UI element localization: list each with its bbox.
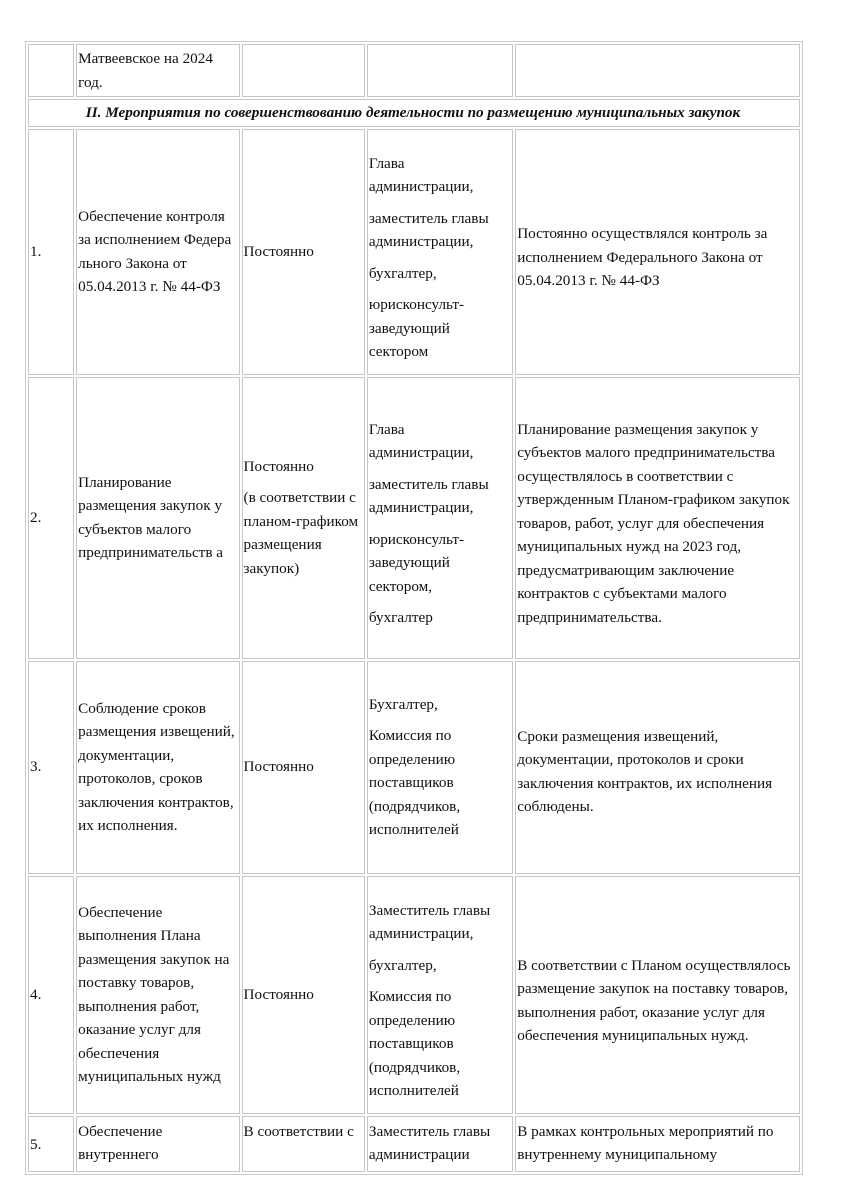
cell-activity: Обеспечение внутреннего (76, 1116, 239, 1172)
cell-activity: Соблюдение сроков размещения извещений, … (76, 661, 239, 874)
cell-result: В соответствии с Планом осуществлялось р… (515, 876, 800, 1114)
result-text: В рамках контрольных мероприятий по внут… (517, 1120, 796, 1166)
cell-responsible: Глава администрации, заместитель главы а… (367, 377, 513, 659)
cell-num: 2. (28, 377, 74, 659)
table-row: 3. Соблюдение сроков размещения извещени… (28, 661, 800, 874)
responsible-item: Заместитель главы администрации (369, 1120, 509, 1166)
cell-responsible: Заместитель главы администрации, бухгалт… (367, 876, 513, 1114)
cell-responsible (367, 44, 513, 97)
responsible-item: Комиссия по определению поставщиков (под… (369, 724, 509, 842)
deadline-text: Постоянно (244, 983, 361, 1007)
document-page: Матвеевское на 2024 год. II. Мероприятия… (25, 41, 805, 1175)
responsible-item: юрисконсульт-заведующий сектором (369, 293, 509, 364)
deadline-text: Постоянно (244, 455, 361, 479)
cell-result (515, 44, 800, 97)
activity-text: Обеспечение внутреннего (78, 1120, 235, 1166)
responsible-item: Заместитель главы администрации, (369, 899, 509, 946)
deadline-text: Постоянно (244, 755, 361, 779)
table-row: 5. Обеспечение внутреннего В соответстви… (28, 1116, 800, 1172)
cell-result: В рамках контрольных мероприятий по внут… (515, 1116, 800, 1172)
responsible-item: бухгалтер, (369, 954, 509, 978)
responsible-item: заместитель главы администрации, (369, 473, 509, 520)
table-row: 2. Планирование размещения закупок у суб… (28, 377, 800, 659)
responsible-item: Бухгалтер, (369, 693, 509, 717)
cell-num (28, 44, 74, 97)
deadline-text: В соответствии с (244, 1120, 361, 1144)
responsible-item: Глава администрации, (369, 418, 509, 465)
responsible-item: Глава администрации, (369, 152, 509, 199)
plan-table: Матвеевское на 2024 год. II. Мероприятия… (25, 41, 803, 1175)
cell-deadline: Постоянно (в соответствии с планом-графи… (242, 377, 365, 659)
cell-deadline (242, 44, 365, 97)
section-row: II. Мероприятия по совершенствованию дея… (28, 99, 800, 127)
responsible-item: юрисконсульт-заведующий сектором, (369, 528, 509, 599)
deadline-note: (в соответствии с планом-графиком размещ… (244, 486, 361, 580)
responsible-item: Комиссия по определению поставщиков (под… (369, 985, 509, 1103)
cell-deadline: В соответствии с (242, 1116, 365, 1172)
responsible-item: заместитель главы администрации, (369, 207, 509, 254)
responsible-item: бухгалтер, (369, 262, 509, 286)
cell-responsible: Бухгалтер, Комиссия по определению поста… (367, 661, 513, 874)
table-row: 1. Обеспечение контроля за исполнением Ф… (28, 129, 800, 375)
cell-responsible: Заместитель главы администрации (367, 1116, 513, 1172)
cell-num: 5. (28, 1116, 74, 1172)
cell-deadline: Постоянно (242, 661, 365, 874)
cell-responsible: Глава администрации, заместитель главы а… (367, 129, 513, 375)
cell-result: Постоянно осуществлялся контроль за испо… (515, 129, 800, 375)
responsible-item: бухгалтер (369, 606, 509, 630)
table-row: Матвеевское на 2024 год. (28, 44, 800, 97)
table-row: 4. Обеспечение выполнения Плана размещен… (28, 876, 800, 1114)
cell-deadline: Постоянно (242, 129, 365, 375)
cell-activity: Обеспечение выполнения Плана размещения … (76, 876, 239, 1114)
deadline-text: Постоянно (244, 240, 361, 264)
section-title: II. Мероприятия по совершенствованию дея… (28, 99, 800, 127)
cell-activity: Матвеевское на 2024 год. (76, 44, 239, 97)
cell-activity: Обеспечение контроля за исполнением Феде… (76, 129, 239, 375)
cell-num: 3. (28, 661, 74, 874)
cell-activity: Планирование размещения закупок у субъек… (76, 377, 239, 659)
cell-deadline: Постоянно (242, 876, 365, 1114)
cell-num: 4. (28, 876, 74, 1114)
cell-result: Сроки размещения извещений, документации… (515, 661, 800, 874)
cell-num: 1. (28, 129, 74, 375)
cell-result: Планирование размещения закупок у субъек… (515, 377, 800, 659)
